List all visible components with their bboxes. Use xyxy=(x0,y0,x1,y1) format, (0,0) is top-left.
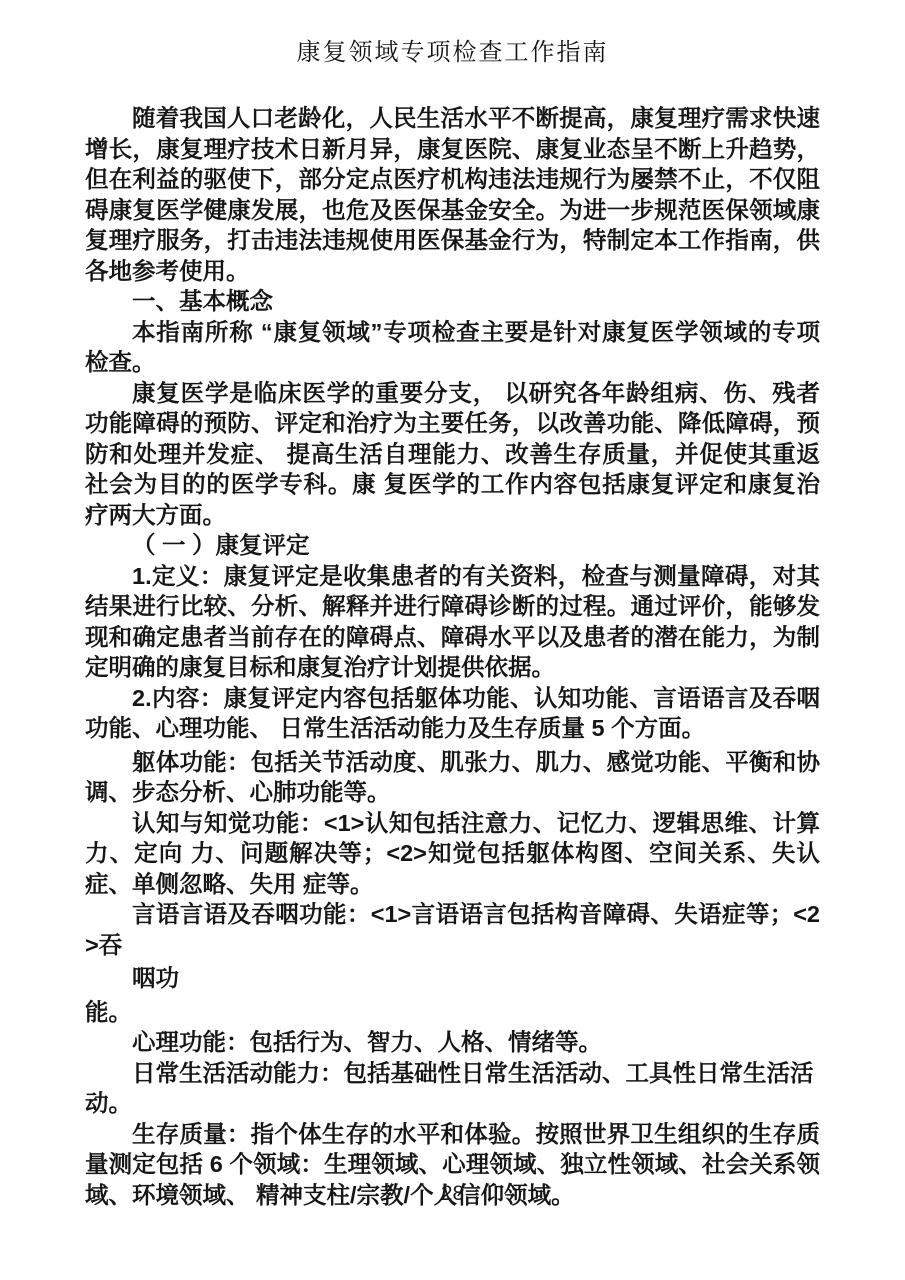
paragraph-scope: 本指南所称 “康复领域”专项检查主要是针对康复医学领域的专项检查。 xyxy=(85,317,820,378)
paragraph-definition: 1.定义：康复评定是收集患者的有关资料，检查与测量障碍，对其结果进行比较、分析、… xyxy=(85,561,820,683)
paragraph-rehab-medicine: 康复医学是临床医学的重要分支， 以研究各年龄组病、伤、残者功能障碍的预防、评定和… xyxy=(85,378,820,531)
paragraph-assessment-content: 2.内容：康复评定内容包括躯体功能、认知功能、言语语言及吞咽功能、心理功能、 日… xyxy=(85,683,820,744)
page-number: 28 xyxy=(0,1182,905,1206)
paragraph-psychological-function: 心理功能：包括行为、智力、人格、情绪等。 xyxy=(85,1027,820,1058)
paragraph-cognitive-perception-function: 认知与知觉功能：<1>认知包括注意力、记忆力、逻辑思维、计算力、定向 力、问题解… xyxy=(85,808,820,900)
heading-section-basic-concepts: 一、基本概念 xyxy=(85,286,820,317)
line-swallow-wrap-1: 咽功 xyxy=(85,963,820,994)
paragraph-physical-function: 躯体功能：包括关节活动度、肌张力、肌力、感觉功能、平衡和协调、步态分析、心肺功能… xyxy=(85,747,820,808)
paragraph-speech-swallow-function: 言语言语及吞咽功能：<1>言语语言包括构音障碍、失语症等；<2>吞 xyxy=(85,899,820,960)
line-swallow-wrap-2: 能。 xyxy=(85,997,820,1028)
paragraph-preface: 随着我国人口老龄化，人民生活水平不断提高，康复理疗需求快速增长，康复理疗技术日新… xyxy=(85,103,820,286)
document-body: 随着我国人口老龄化，人民生活水平不断提高，康复理疗需求快速增长，康复理疗技术日新… xyxy=(0,67,905,1210)
heading-subsection-rehab-assessment: （ 一 ）康复评定 xyxy=(85,530,820,561)
document-title: 康复领域专项检查工作指南 xyxy=(0,0,905,67)
paragraph-adl: 日常生活活动能力：包括基础性日常生活活动、工具性日常生活活动。 xyxy=(85,1058,820,1119)
document-page: 康复领域专项检查工作指南 随着我国人口老龄化，人民生活水平不断提高，康复理疗需求… xyxy=(0,0,905,1280)
